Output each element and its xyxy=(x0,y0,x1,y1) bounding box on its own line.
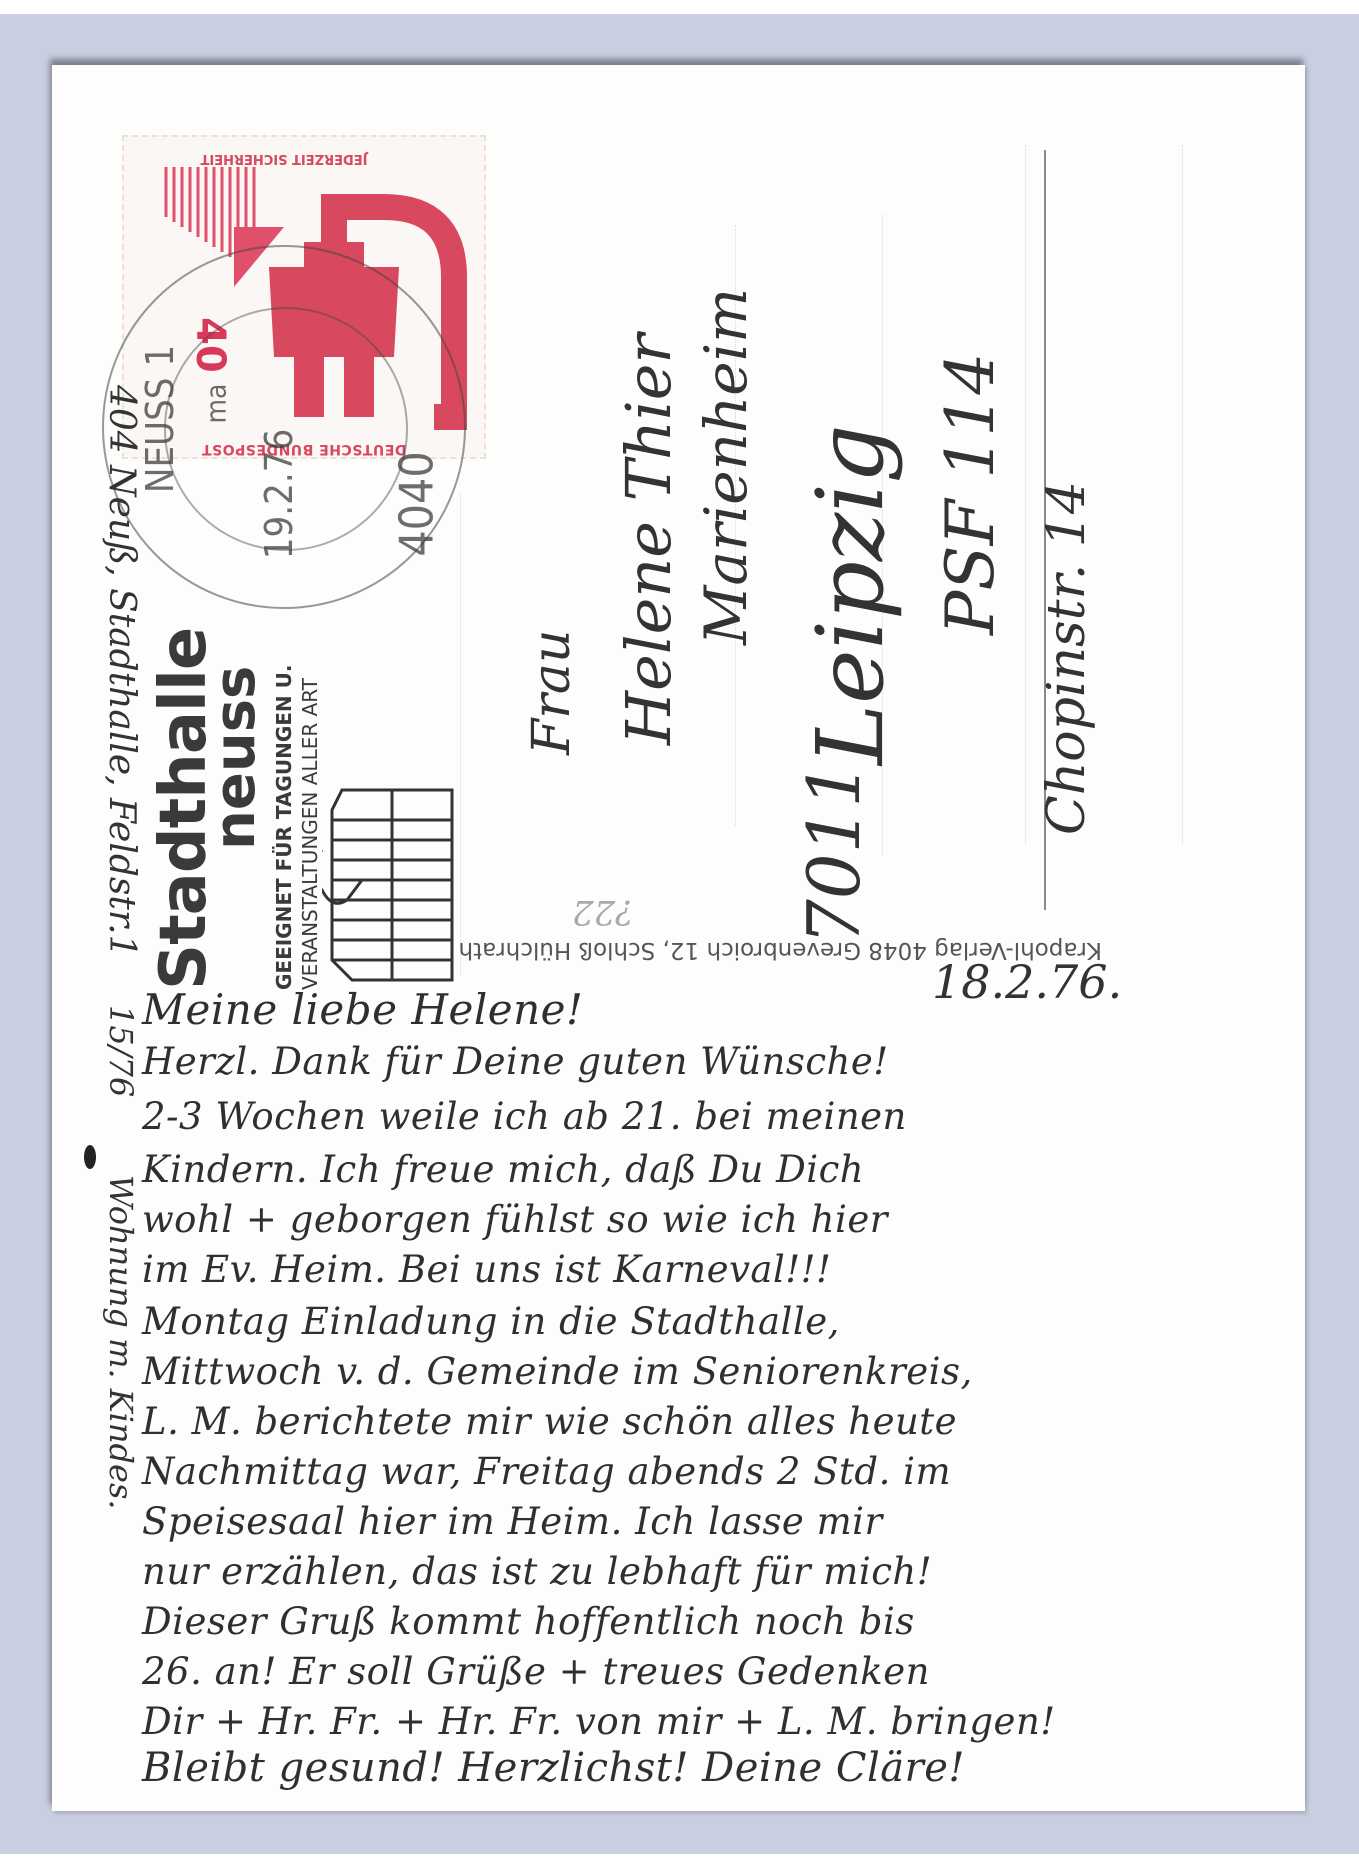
postmark-postcode: 4040 xyxy=(390,451,444,556)
sender-address: 404 Neuß, Stadthalle, Feldstr.1 xyxy=(101,385,142,957)
postmark-city: NEUSS 1 xyxy=(138,345,182,493)
slogan-city: neuss xyxy=(208,666,264,850)
message-line: Montag Einladung in die Stadthalle, xyxy=(142,1300,840,1343)
message-line: Kindern. Ich freue mich, daß Du Dich xyxy=(142,1148,864,1191)
recipient-institution: Marienheim xyxy=(692,288,760,645)
message-line: 26. an! Er soll Grüße + treues Gedenken xyxy=(142,1650,930,1693)
postmark: NEUSS 1 19.2.76 4040 ma xyxy=(102,245,466,609)
message-line: nur erzählen, das ist zu lebhaft für mic… xyxy=(142,1550,932,1593)
sender-date: 15/76 xyxy=(102,1005,140,1097)
message-line: Dir + Hr. Fr. + Hr. Fr. von mir + L. M. … xyxy=(142,1700,1056,1743)
message-line: Dieser Gruß kommt hoffentlich noch bis xyxy=(142,1600,915,1643)
recipient-city: Leipzig xyxy=(797,424,904,765)
message-line: Meine liebe Helene! xyxy=(142,985,583,1034)
message-line: L. M. berichtete mir wie schön alles heu… xyxy=(142,1400,957,1443)
cancel-slogan: Stadthalle neuss GEEIGNET FÜR TAGUNGEN U… xyxy=(152,610,472,990)
slogan-line1: GEEIGNET FÜR TAGUNGEN U. xyxy=(272,665,296,990)
postmark-code: ma xyxy=(199,384,232,424)
message-date: 18.2.76. xyxy=(932,955,1122,1009)
recipient-street: Chopinstr. 14 xyxy=(1037,481,1097,835)
address-guide-line xyxy=(1182,145,1183,845)
slogan-line2: VERANSTALTUNGEN ALLER ART xyxy=(298,678,322,990)
recipient-postcode: 7011 xyxy=(792,762,876,945)
message-line: Speisesaal hier im Heim. Ich lasse mir xyxy=(142,1500,883,1543)
address-guide-line xyxy=(460,495,461,975)
message-line: Herzl. Dank für Deine guten Wünsche! xyxy=(142,1040,889,1083)
recipient-box: PSF 114 xyxy=(932,353,1009,635)
recipient-name: Helene Thier xyxy=(612,334,685,745)
address-guide-line xyxy=(1025,145,1026,845)
pencil-note: ?22 xyxy=(572,892,634,932)
message-line: 2-3 Wochen weile ich ab 21. bei meinen xyxy=(142,1095,907,1138)
postcard-back: DEUTSCHE BUNDESPOST xyxy=(52,65,1305,1811)
message-line: wohl + geborgen fühlst so wie ich hier xyxy=(142,1198,888,1241)
message-line: Nachmittag war, Freitag abends 2 Std. im xyxy=(142,1450,951,1493)
sender-note: Wohnung m. Kindes. xyxy=(102,1175,140,1510)
recipient-salutation: Frau xyxy=(522,630,582,755)
stamp-motto: JEDERZEIT SICHERHEIT xyxy=(144,151,424,166)
message-line: Bleibt gesund! Herzlichst! Deine Cläre! xyxy=(142,1745,965,1791)
postmark-date: 19.2.76 xyxy=(257,429,301,559)
message-line: Mittwoch v. d. Gemeinde im Seniorenkreis… xyxy=(142,1350,973,1393)
bullet-mark xyxy=(84,1145,96,1169)
message-line: im Ev. Heim. Bei uns ist Karneval!!! xyxy=(142,1248,831,1291)
